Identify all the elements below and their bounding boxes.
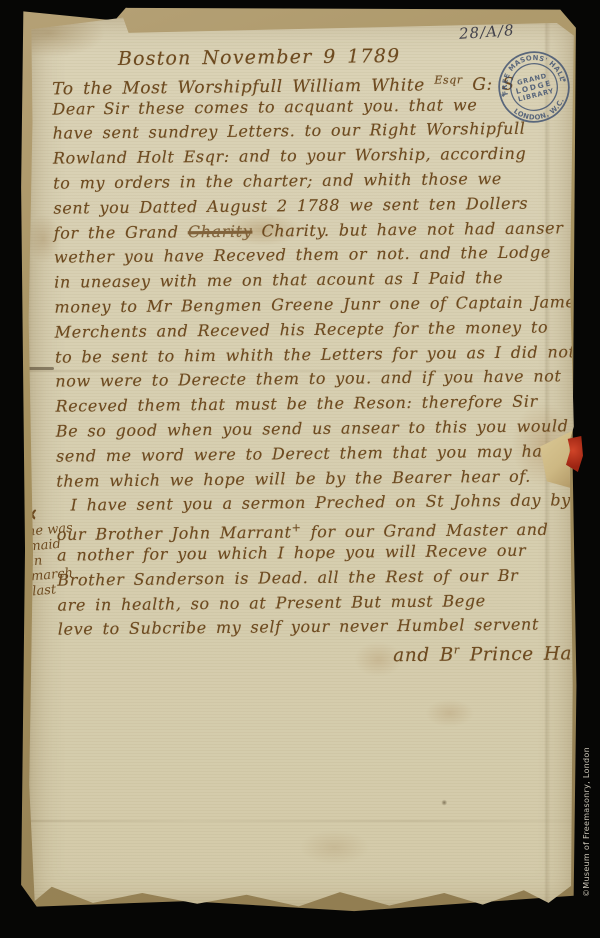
fold-crease (27, 820, 576, 822)
copyright-credit: ©Museum of Freemasonry, London (582, 727, 591, 897)
signature-pre: and B (393, 645, 454, 667)
letter-page: Boston November 9 1789 To the Most Worsh… (27, 15, 576, 910)
letter-body: Boston November 9 1789 To the Most Worsh… (52, 42, 566, 667)
address-line: To the Most Worshipfull William White Es… (52, 67, 560, 97)
margin-note: ✗ he was maid in march last (25, 505, 91, 600)
footnote-mark: + (292, 521, 302, 534)
edge-tear (27, 367, 54, 370)
letter-line: Brother Sanderson is Dead. all the Rest … (57, 563, 565, 593)
signature-post: Prince Hall (460, 643, 586, 665)
address-sup: Esqr (434, 73, 463, 86)
signature: and Br Prince Hall (393, 637, 566, 664)
struck-word: Charity (188, 221, 253, 241)
line-pre: for the Grand (54, 222, 188, 242)
photo-canvas: Boston November 9 1789 To the Most Worsh… (0, 0, 600, 938)
line-post: Charity. but have not had aanser (252, 218, 563, 240)
